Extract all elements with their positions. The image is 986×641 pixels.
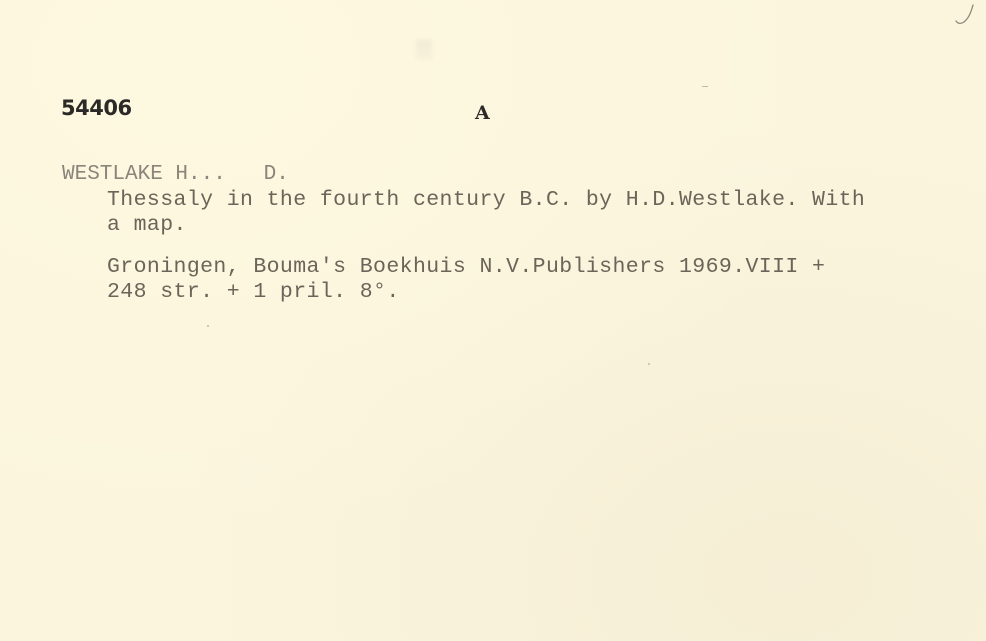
classification-letter: A [475, 102, 490, 124]
imprint-line: Groningen, Bouma's Boekhuis N.V.Publishe… [107, 255, 825, 279]
catalog-card: 54406 A WESTLAKE H... D. Thessaly in the… [0, 0, 986, 641]
paper-speck [207, 325, 209, 327]
title-line: Thessaly in the fourth century B.C. by H… [107, 188, 865, 212]
paper-speck [648, 363, 650, 365]
catalog-number: 54406 [61, 96, 132, 120]
handwritten-check-icon [950, 2, 980, 28]
imprint-line: 248 str. + 1 pril. 8°. [107, 280, 400, 304]
smudge-mark [416, 40, 432, 60]
author-heading: WESTLAKE H... D. [62, 163, 289, 186]
title-line: a map. [107, 213, 187, 237]
paper-speck [702, 86, 708, 87]
